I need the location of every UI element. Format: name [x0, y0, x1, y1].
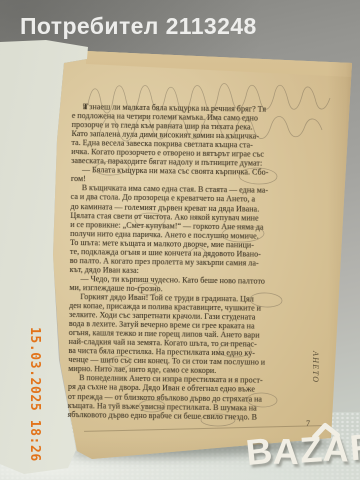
photo-frame: Ти знаеш ли малката бяла къщурка на речн… — [0, 0, 360, 480]
page-number: 7 — [306, 419, 310, 428]
page-text: Ти знаеш ли малката бяла къщурка на речн… — [68, 102, 314, 422]
watermark-timestamp: 15.03.2025 18:26 — [27, 327, 42, 462]
margin-running-title: АНЕТО — [311, 351, 320, 383]
watermark-username: Потребител 2113248 — [20, 13, 257, 40]
bazar-logo: BAZAR — [245, 430, 360, 471]
bazar-logo-text: BAZAR — [245, 430, 360, 471]
logo-arrow-icon — [311, 422, 342, 439]
